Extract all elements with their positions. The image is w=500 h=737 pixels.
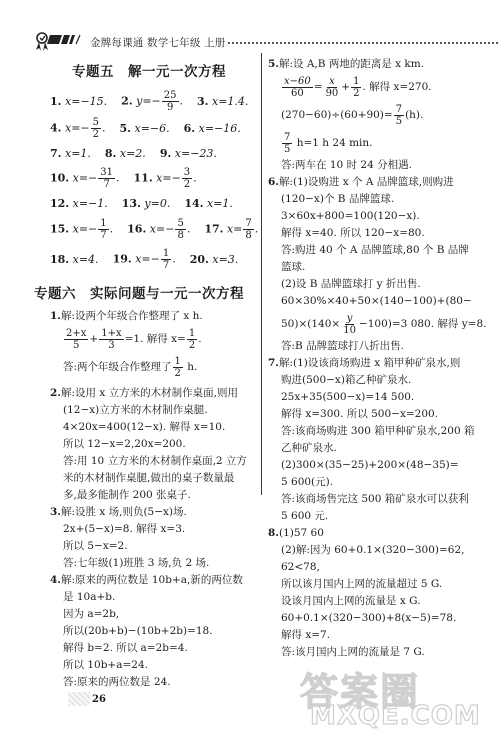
answer-item: 4. x=−52. (50, 117, 106, 140)
answer-item: 17. x=78. (204, 218, 258, 241)
answer-item: 13. y=0. (122, 196, 171, 211)
answer-list-section5: 1. x=−15. 2. y=−259. 3. x=1.4. 4. x=−52.… (50, 88, 248, 274)
problem-5: 5.解:设 A,B 两地的距离是 x km. x−6060=x90+12. 解得… (268, 56, 498, 174)
answer-item: 20. x=3. (190, 252, 239, 267)
problem-7: 7.解:(1)设该商场购进 x 箱甲种矿泉水,则 购进(500−x)箱乙种矿泉水… (268, 355, 498, 525)
header-rule (228, 42, 498, 44)
answer-item: 5. x=−6. (120, 121, 170, 136)
answer-item: 2. y=−259. (121, 90, 183, 113)
problem-2: 2.解:设用 x 立方米的木材制作桌面,则用 (12−x)立方米的木材制作桌腿.… (50, 385, 248, 504)
answer-item: 1. x=−15. (50, 94, 107, 109)
problem-6: 6.解:(1)设购进 x 个 A 品牌篮球,则购进 (120−x)个 B 品牌篮… (268, 174, 498, 355)
left-column: 专题五解一元一次方程 1. x=−15. 2. y=−259. 3. x=1.4… (50, 60, 248, 691)
book-title: 金牌每课通 数学七年级 上册 (90, 35, 225, 50)
answer-item: 10. x=−317. (50, 167, 120, 190)
page-number: 26 (68, 692, 106, 706)
section-title-6: 专题六实际问题与一元一次方程 (34, 282, 248, 302)
right-column: 5.解:设 A,B 两地的距离是 x km. x−6060=x90+12. 解得… (268, 56, 498, 661)
answer-item: 18. x=4. (50, 252, 99, 267)
medal-ribbon-icon (34, 31, 84, 53)
watermark: 答案圈 MXQE.COM (290, 661, 490, 731)
section-title-5: 专题五解一元一次方程 (50, 60, 248, 80)
page-number-texture (68, 692, 90, 706)
problem-4: 4.解:原来的两位数是 10b+a,新的两位数 是 10a+b. 因为 a=2b… (50, 572, 248, 691)
problem-3: 3.解:设胜 x 场,则负(5−x)场. 2x+(5−x)=8. 解得 x=3.… (50, 504, 248, 572)
page-header: 金牌每课通 数学七年级 上册 (34, 31, 225, 53)
answer-item: 15. x=−17. (50, 218, 113, 241)
column-divider (261, 53, 262, 495)
answer-item: 9. x=−23. (160, 146, 217, 161)
answer-item: 8. x=2. (105, 146, 146, 161)
problem-1: 1.解:设两个年级合作整理了 x h. 2+x5+1+x3=1. 解得 x=12… (50, 308, 248, 381)
answer-item: 19. x=−17. (113, 248, 176, 271)
answer-item: 6. x=−16. (184, 121, 241, 136)
problem-8: 8.(1)57 60 (2)解:因为 60+0.1×(320−300)=62, … (268, 525, 498, 661)
answer-item: 12. x=−1. (50, 196, 108, 211)
answer-item: 7. x=1. (50, 146, 91, 161)
answer-item: 14. x=1. (184, 196, 233, 211)
answer-item: 11. x=−32. (134, 167, 197, 190)
answer-item: 16. x=−58. (127, 218, 190, 241)
answer-item: 3. x=1.4. (197, 94, 248, 109)
